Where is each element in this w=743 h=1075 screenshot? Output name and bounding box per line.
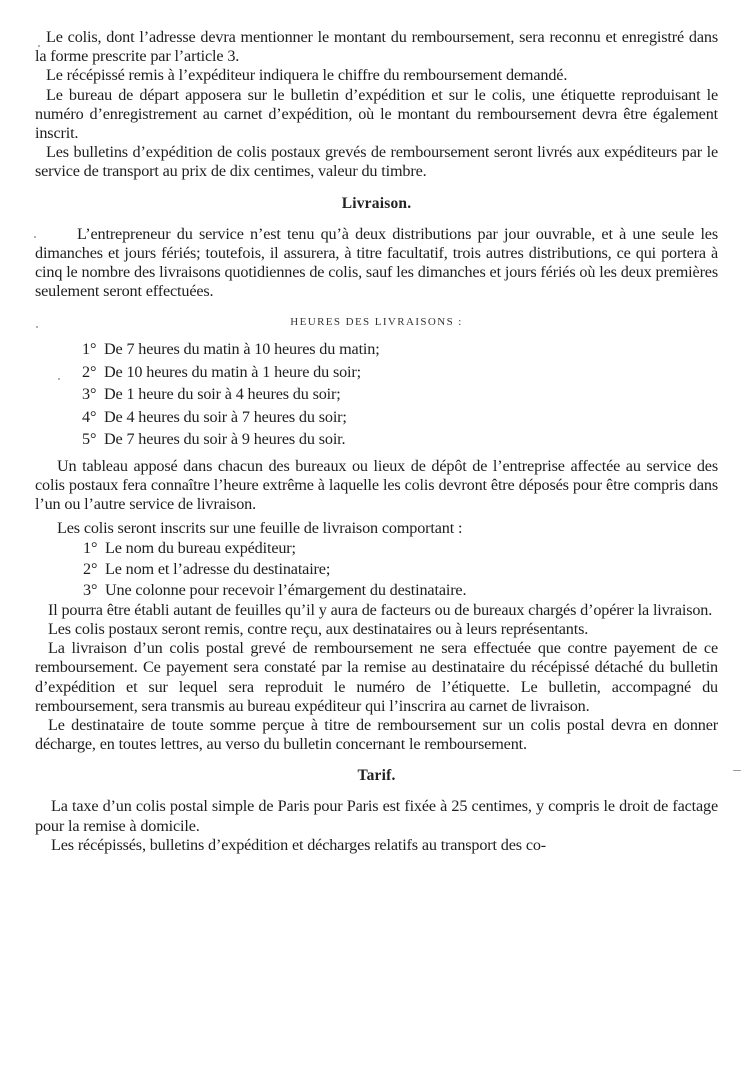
list-item: 1°De 7 heures du matin à 10 heures du ma…	[35, 338, 718, 361]
spacer	[35, 182, 718, 194]
paragraph: Les colis postaux seront remis, contre r…	[35, 620, 718, 639]
paragraph: La livraison d’un colis postal grevé de …	[35, 639, 718, 716]
list-item: 3°De 1 heure du soir à 4 heures du soir;	[35, 383, 718, 406]
list-text: De 7 heures du soir à 9 heures du soir.	[104, 430, 345, 448]
scan-speck	[34, 236, 36, 238]
paragraph: Le récépissé remis à l’expéditeur indiqu…	[35, 66, 718, 85]
list-number: 2°	[83, 559, 105, 580]
list-item: 3°Une colonne pour recevoir l’émargement…	[35, 580, 718, 601]
list-text: Le nom du bureau expéditeur;	[105, 539, 296, 557]
scan-speck	[38, 45, 40, 47]
paragraph: Les bulletins d’expédition de colis post…	[35, 143, 718, 181]
document-page: Le colis, dont l’adresse devra mentionne…	[35, 28, 718, 855]
list-item: 5°De 7 heures du soir à 9 heures du soir…	[35, 428, 718, 451]
paragraph: Le colis, dont l’adresse devra mentionne…	[35, 28, 718, 66]
list-number: 2°	[82, 361, 104, 384]
list-item: 1°Le nom du bureau expéditeur;	[35, 538, 718, 559]
list-number: 4°	[82, 406, 104, 429]
list-text: Une colonne pour recevoir l’émargement d…	[105, 581, 466, 599]
section-title-livraison: Livraison.	[35, 194, 718, 213]
paragraph: Les récépissés, bulletins d’expédition e…	[35, 836, 718, 855]
section-title-tarif: Tarif.	[35, 766, 718, 785]
paragraph: Un tableau apposé dans chacun des bureau…	[35, 457, 718, 515]
paragraph: Le destinataire de toute somme perçue à …	[35, 716, 718, 754]
list-number: 1°	[83, 538, 105, 559]
spacer	[35, 301, 718, 313]
scan-speck	[36, 326, 38, 328]
list-text: De 7 heures du matin à 10 heures du mati…	[104, 340, 380, 358]
list-text: De 4 heures du soir à 7 heures du soir;	[104, 408, 347, 426]
spacer	[35, 754, 718, 766]
paragraph: Le bureau de départ apposera sur le bull…	[35, 86, 718, 144]
list-number: 3°	[83, 580, 105, 601]
list-item: 4°De 4 heures du soir à 7 heures du soir…	[35, 406, 718, 429]
paragraph: L’entrepreneur du service n’est tenu qu’…	[35, 225, 718, 302]
paragraph: Il pourra être établi autant de feuilles…	[35, 601, 718, 620]
paragraph: La taxe d’un colis postal simple de Pari…	[35, 797, 718, 835]
spacer	[35, 213, 718, 225]
list-text: De 10 heures du matin à 1 heure du soir;	[104, 363, 361, 381]
list-number: 3°	[82, 383, 104, 406]
paragraph: Les colis seront inscrits sur une feuill…	[35, 519, 718, 538]
list-text: De 1 heure du soir à 4 heures du soir;	[104, 385, 341, 403]
feuille-list: 1°Le nom du bureau expéditeur; 2°Le nom …	[35, 538, 718, 601]
hours-heading: Heures des livraisons :	[35, 313, 718, 332]
list-number: 5°	[82, 428, 104, 451]
spacer	[35, 785, 718, 797]
scan-mark	[733, 770, 741, 771]
hours-list: 1°De 7 heures du matin à 10 heures du ma…	[35, 338, 718, 451]
list-item: 2°De 10 heures du matin à 1 heure du soi…	[35, 361, 718, 384]
list-text: Le nom et l’adresse du destinataire;	[105, 560, 330, 578]
list-item: 2°Le nom et l’adresse du destinataire;	[35, 559, 718, 580]
scan-speck	[58, 378, 60, 380]
list-number: 1°	[82, 338, 104, 361]
